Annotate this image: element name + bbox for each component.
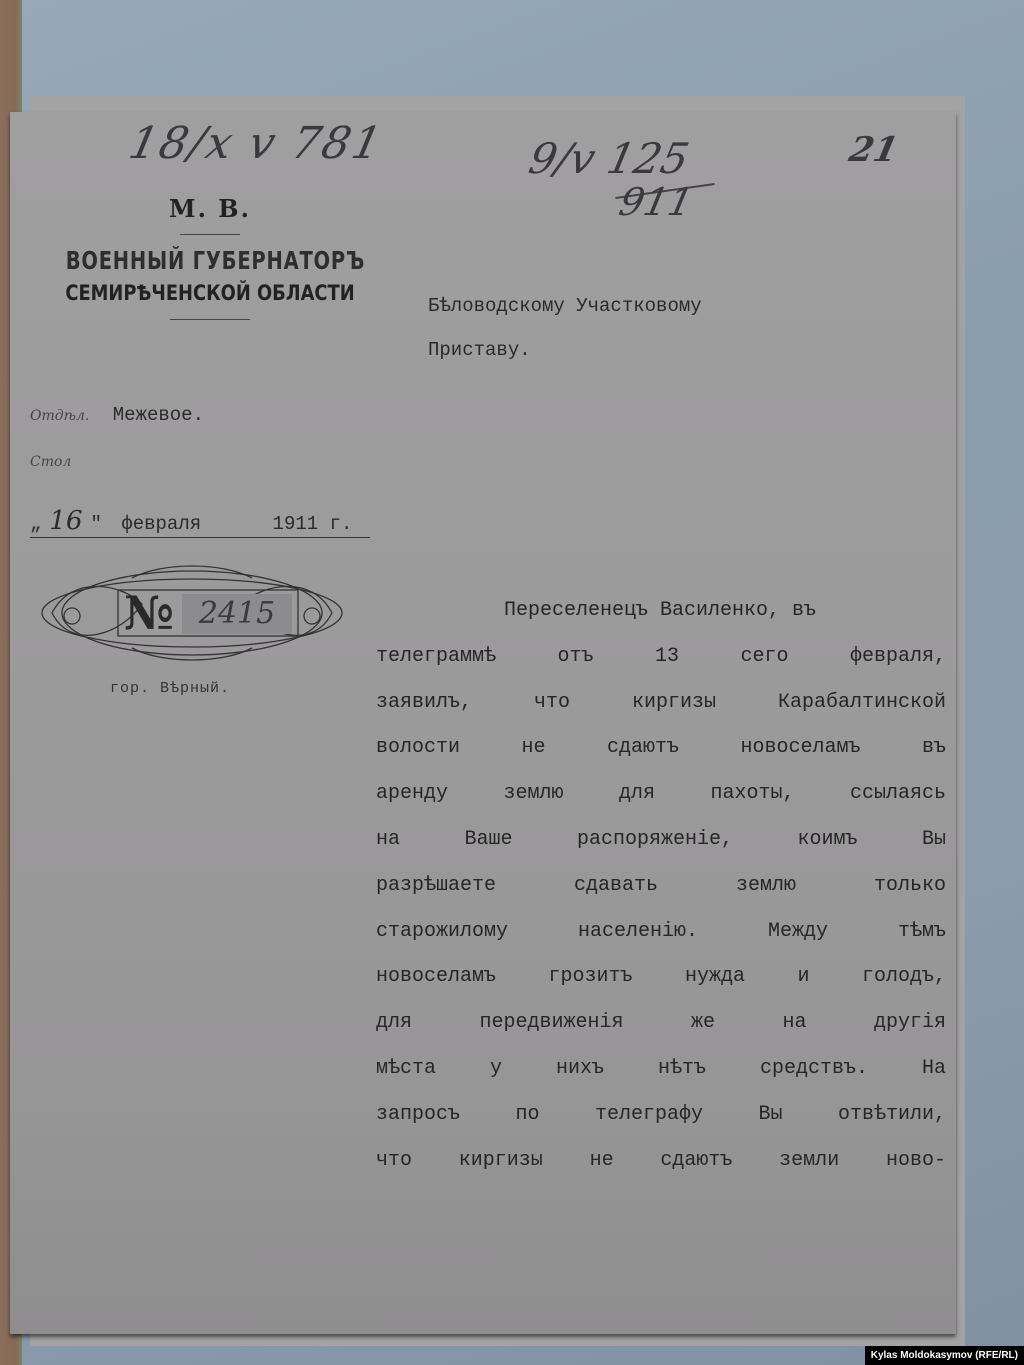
date-month: февраля [121,513,201,535]
body-line: на Ваше распоряженіе, коимъ Вы [376,817,946,863]
addressee: Бѣловодскому Участковому Приставу. [428,284,702,372]
page-number: 21 [846,130,902,170]
body-line: мѣста у нихъ нѣтъ средствъ. На [376,1046,946,1092]
registration-stamp: № 2415 [32,564,352,662]
date-suffix: г. [330,513,353,535]
addressee-line-1: Бѣловодскому Участковому [428,284,702,328]
ornament-divider [170,319,250,320]
body-line: запросъ по телеграфу Вы отвѣтили, [376,1092,946,1138]
desk-field: Стол [30,450,83,472]
date-day: 16 [49,506,82,536]
document-date: „16" февраля 1911 г. [30,506,370,538]
desk-label: Стол [30,454,71,470]
number-label: № [124,586,174,640]
body-line: заявилъ, что киргизы Карабалтинской [376,680,946,726]
body-line: телеграммѣ отъ 13 сего февраля, [376,634,946,680]
archive-reference-mid-top: 9/v 125 [525,134,694,183]
archive-reference-left: 18/x v 781 [125,118,388,169]
letter-body: Переселенецъ Василенко, въ телеграммѣ от… [376,588,946,1183]
body-line: что киргизы не сдаютъ земли ново- [376,1138,946,1184]
letterhead: М. В. ВОЕННЫЙ ГУБЕРНАТОРЪ СЕМИРѢЧЕНСКОЙ … [25,194,395,320]
body-line: Переселенецъ Василенко, въ [376,588,946,634]
body-line: разрѣшаете сдавать землю только [376,863,946,909]
letterhead-region: СЕМИРѢЧЕНСКОЙ ОБЛАСТИ [53,281,368,305]
date-year: 1911 [273,513,319,535]
letterhead-initials: М. В. [25,194,395,223]
body-line: новоселамъ грозитъ нужда и голодъ, [376,954,946,1000]
registration-number: 2415 [182,594,292,634]
body-line: волости не сдаютъ новоселамъ въ [376,725,946,771]
photo-credit: Kylas Moldokasymov (RFE/RL) [865,1346,1024,1365]
city-name: гор. Вѣрный. [110,680,230,697]
department-value: Межевое. [113,404,204,426]
body-line: старожилому населенію. Между тѣмъ [376,909,946,955]
archive-reference-mid-bottom: 911 [615,180,697,224]
department-label: Отдѣл. [30,408,89,424]
letterhead-title: ВОЕННЫЙ ГУБЕРНАТОРЪ [66,246,355,275]
department-field: Отдѣл. Межевое. [30,404,204,426]
ornament-divider [180,234,240,245]
addressee-line-2: Приставу. [428,328,702,372]
body-line: для передвиженія же на другія [376,1000,946,1046]
archival-document-page: 18/x v 781 9/v 125 911 21 М. В. ВОЕННЫЙ … [10,112,956,1334]
body-line: аренду землю для пахоты, ссылаясь [376,771,946,817]
